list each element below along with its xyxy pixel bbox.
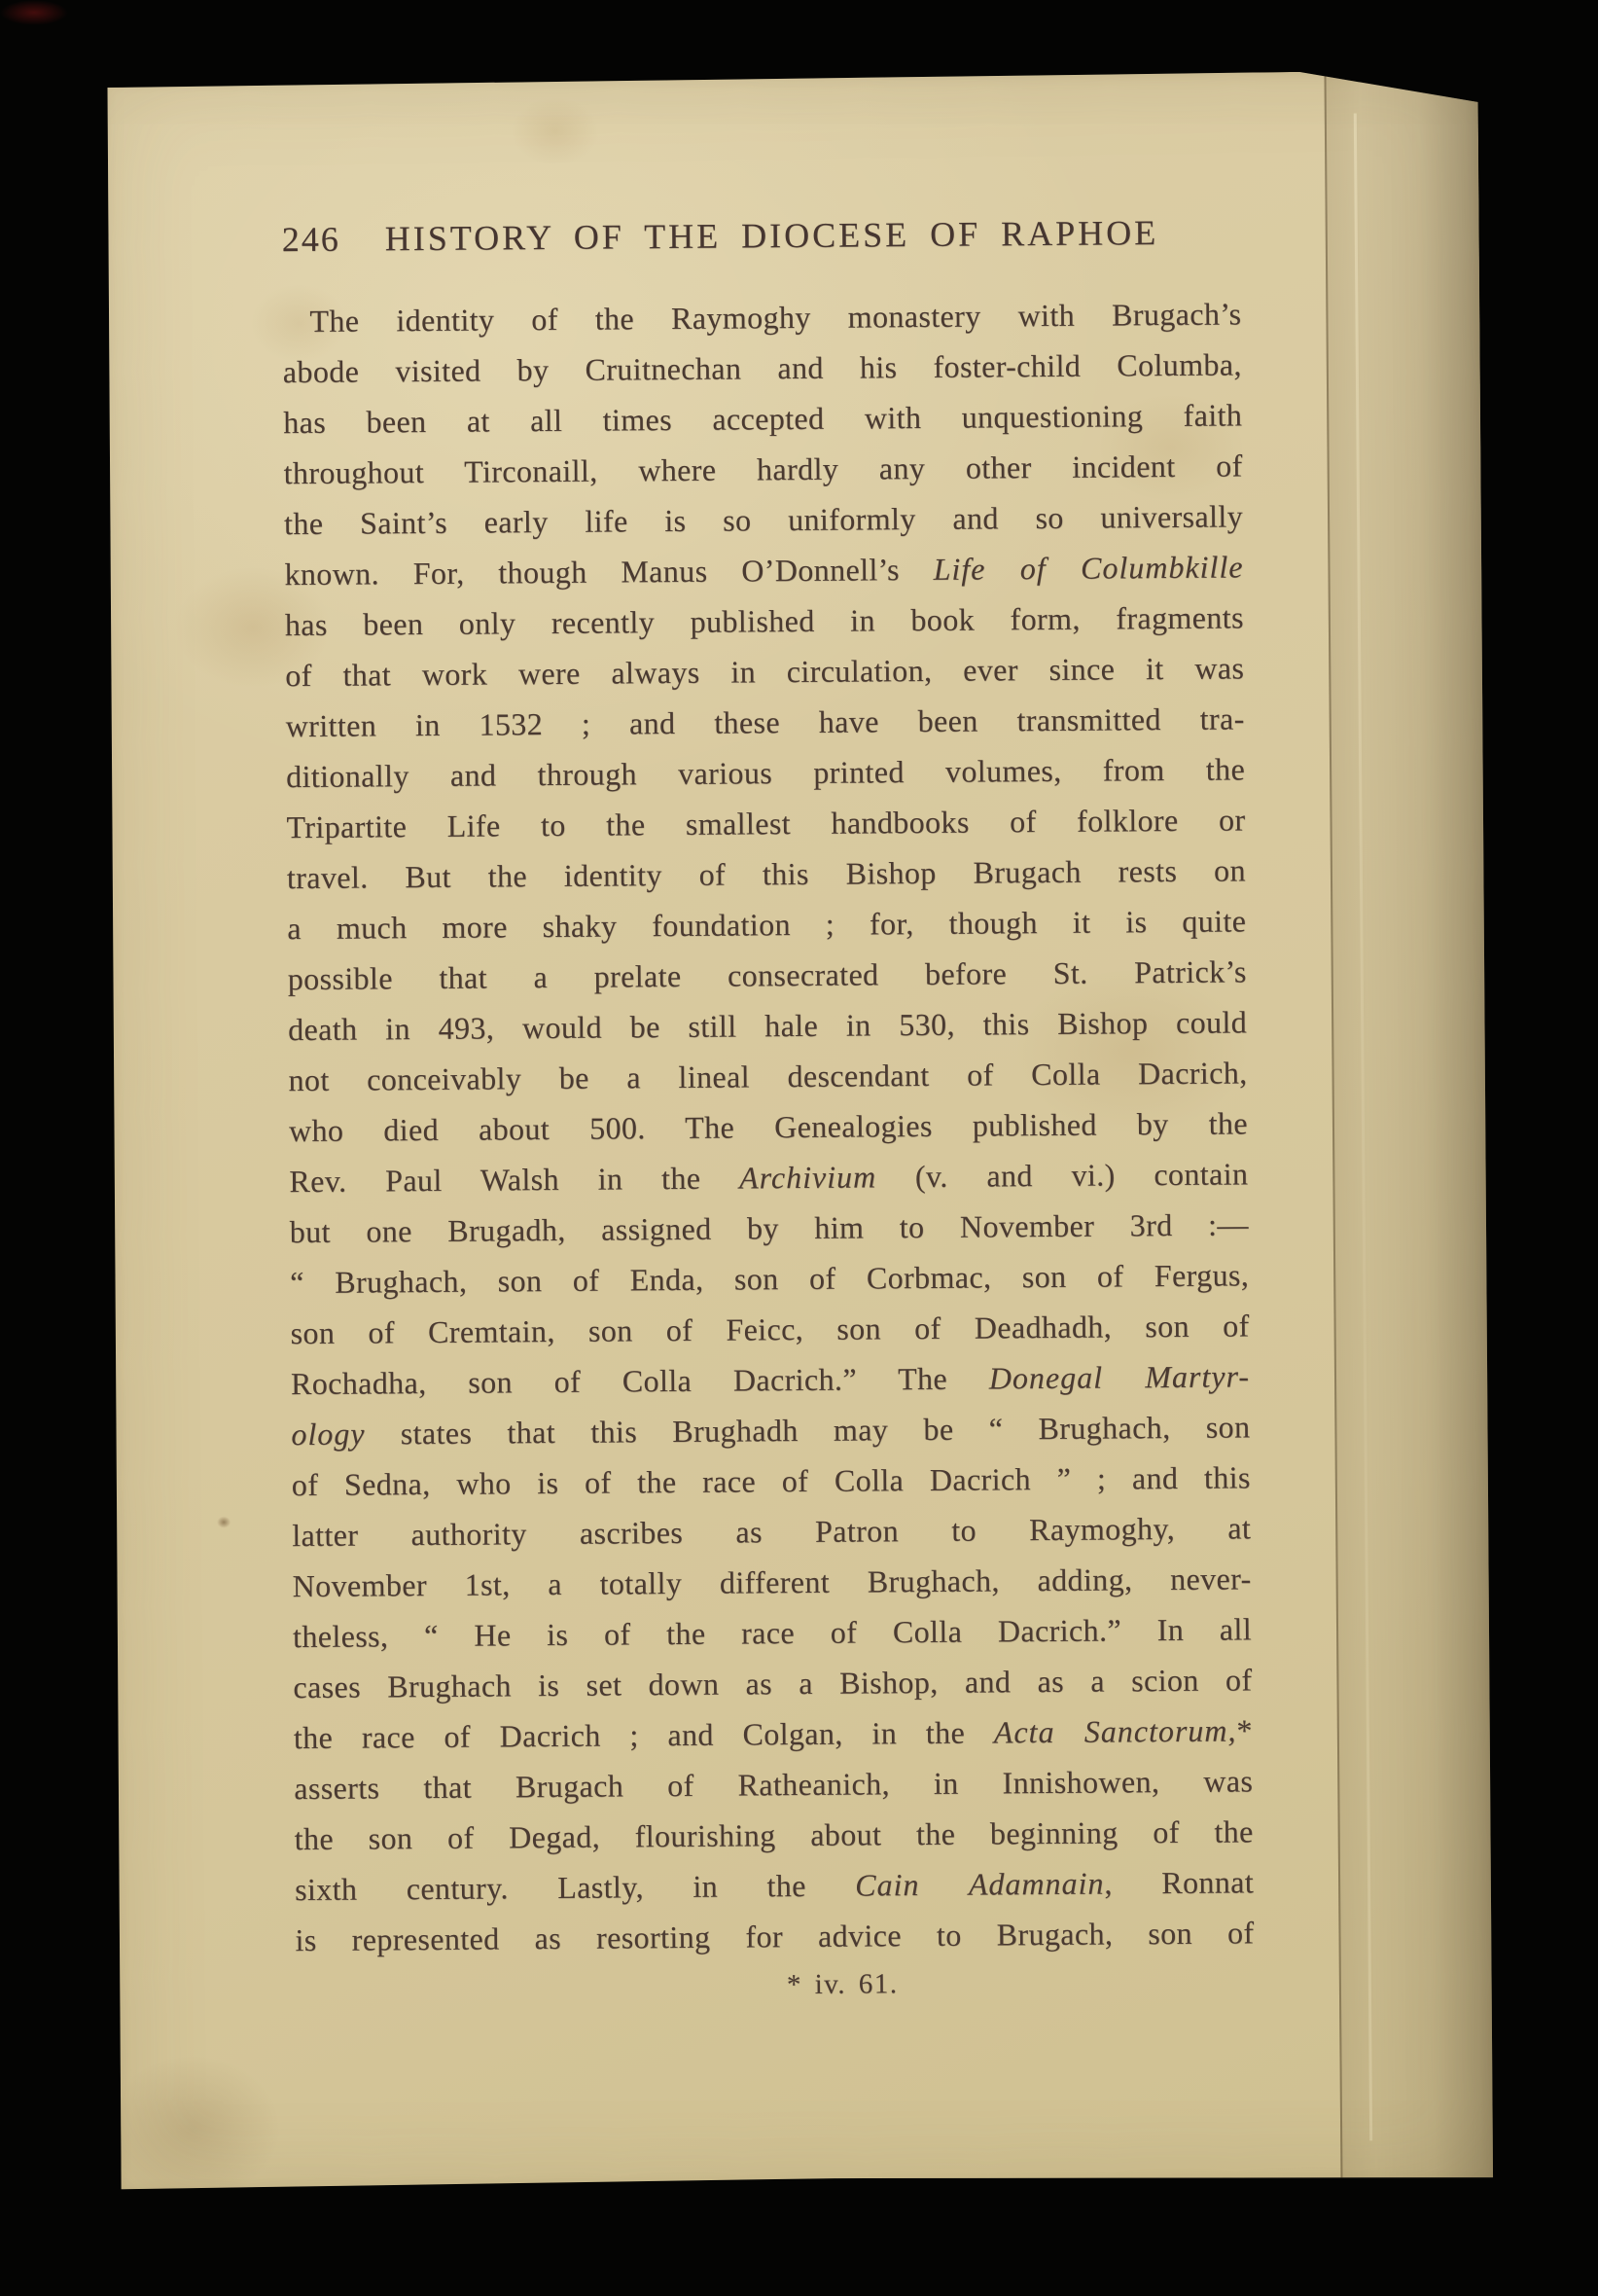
text-segment: the Saint’s early life is so uniformly a… bbox=[284, 498, 1243, 541]
text-segment: Tripartite Life to the smallest handbook… bbox=[286, 802, 1245, 844]
text-segment: the son of Degad, flourishing about the … bbox=[295, 1813, 1254, 1856]
text-segment: not conceivably be a lineal descendant o… bbox=[288, 1055, 1247, 1097]
text-segment: possible that a prelate consecrated befo… bbox=[288, 953, 1247, 996]
text-segment: “ Brughach, son of Enda, son of Corbmac,… bbox=[290, 1257, 1249, 1300]
text-segment: but one Brugadh, assigned by him to Nove… bbox=[290, 1206, 1249, 1249]
text-segment: throughout Tirconaill, where hardly any … bbox=[284, 448, 1243, 490]
text-line: but one Brugadh, assigned by him to Nove… bbox=[290, 1199, 1249, 1257]
scanned-book-photo: { "colors": { "paper": "#d8c99f", "ink":… bbox=[0, 0, 1598, 2296]
text-line: Tripartite Life to the smallest handbook… bbox=[286, 794, 1245, 852]
text-line: ology states that this Brughadh may be “… bbox=[291, 1401, 1250, 1459]
italic-text-segment: Acta Sanctorum, bbox=[994, 1712, 1237, 1749]
text-line: Rochadha, son of Colla Dacrich.” The Don… bbox=[291, 1350, 1250, 1409]
text-line: Rev. Paul Walsh in the Archivium (v. and… bbox=[289, 1148, 1248, 1206]
text-segment: of that work were always in circulation,… bbox=[285, 650, 1244, 693]
text-segment: has been only recently published in book… bbox=[285, 599, 1244, 642]
text-line: possible that a prelate consecrated befo… bbox=[288, 946, 1247, 1004]
paper-stain bbox=[104, 2055, 280, 2202]
text-line: throughout Tirconaill, where hardly any … bbox=[283, 440, 1242, 498]
text-line: the son of Degad, flourishing about the … bbox=[294, 1806, 1253, 1864]
book-page: 246 HISTORY OF THE DIOCESE OF RAPHOE The… bbox=[103, 70, 1495, 2192]
text-segment: Rev. Paul Walsh in the bbox=[289, 1160, 739, 1199]
text-line: November 1st, a totally different Brugha… bbox=[292, 1553, 1251, 1611]
text-segment: The identity of the Raymoghy monastery w… bbox=[309, 296, 1241, 339]
text-segment: (v. and vi.) contain bbox=[876, 1156, 1248, 1194]
text-segment: known. For, though Manus O’Donnell’s bbox=[284, 552, 933, 592]
text-line: ditionally and through various printed v… bbox=[286, 743, 1245, 802]
text-line: has been at all times accepted with unqu… bbox=[283, 389, 1242, 448]
paper-speck bbox=[217, 1517, 231, 1528]
text-line: written in 1532 ; and these have been tr… bbox=[286, 693, 1245, 751]
text-segment: states that this Brughadh may be “ Brugh… bbox=[365, 1409, 1250, 1451]
text-line: has been only recently published in book… bbox=[285, 592, 1244, 650]
text-segment: is represented as resorting for advice t… bbox=[295, 1915, 1254, 1957]
text-line: The identity of the Raymoghy monastery w… bbox=[282, 288, 1241, 346]
text-line: of that work were always in circulation,… bbox=[285, 642, 1244, 700]
paper-stain bbox=[512, 97, 600, 166]
text-segment: a much more shaky foundation ; for, thou… bbox=[287, 903, 1246, 946]
text-segment: who died about 500. The Genealogies publ… bbox=[289, 1105, 1248, 1148]
text-segment: theless, “ He is of the race of Colla Da… bbox=[293, 1611, 1252, 1654]
text-line: “ Brughach, son of Enda, son of Corbmac,… bbox=[290, 1249, 1249, 1308]
page-header: 246 HISTORY OF THE DIOCESE OF RAPHOE bbox=[282, 212, 1241, 259]
footnote: * iv. 61. bbox=[296, 1965, 1255, 2005]
italic-text-segment: ology bbox=[291, 1417, 365, 1453]
page-content: 246 HISTORY OF THE DIOCESE OF RAPHOE The… bbox=[282, 212, 1255, 2005]
text-line: who died about 500. The Genealogies publ… bbox=[289, 1097, 1248, 1156]
text-line: sixth century. Lastly, in the Cain Adamn… bbox=[295, 1856, 1254, 1915]
text-segment: November 1st, a totally different Brugha… bbox=[293, 1561, 1252, 1603]
text-segment: latter authority ascribes as Patron to R… bbox=[292, 1510, 1251, 1553]
text-segment: travel. But the identity of this Bishop … bbox=[287, 852, 1246, 895]
text-line: travel. But the identity of this Bishop … bbox=[287, 844, 1246, 903]
text-segment: has been at all times accepted with unqu… bbox=[283, 397, 1242, 440]
text-line: not conceivably be a lineal descendant o… bbox=[288, 1047, 1247, 1105]
text-line: son of Cremtain, son of Feicc, son of De… bbox=[290, 1300, 1249, 1358]
page-right-edge bbox=[1324, 70, 1494, 2182]
text-segment: asserts that Brugach of Ratheanich, in I… bbox=[294, 1763, 1253, 1806]
text-segment: ditionally and through various printed v… bbox=[286, 751, 1245, 794]
text-line: the race of Dacrich ; and Colgan, in the… bbox=[294, 1704, 1253, 1763]
text-segment: the race of Dacrich ; and Colgan, in the bbox=[294, 1714, 994, 1755]
text-line: latter authority ascribes as Patron to R… bbox=[292, 1502, 1251, 1561]
text-line: of Sedna, who is of the race of Colla Da… bbox=[292, 1452, 1251, 1510]
text-segment: son of Cremtain, son of Feicc, son of De… bbox=[290, 1308, 1249, 1350]
text-line: is represented as resorting for advice t… bbox=[295, 1907, 1254, 1965]
text-segment: Rochadha, son of Colla Dacrich.” The bbox=[291, 1360, 989, 1401]
text-segment: , Ronnat bbox=[1104, 1864, 1254, 1900]
text-line: asserts that Brugach of Ratheanich, in I… bbox=[294, 1755, 1253, 1813]
text-line: theless, “ He is of the race of Colla Da… bbox=[293, 1603, 1252, 1662]
text-segment: abode visited by Cruitnechan and his fos… bbox=[283, 346, 1242, 389]
body-text: The identity of the Raymoghy monastery w… bbox=[282, 288, 1254, 1965]
text-line: a much more shaky foundation ; for, thou… bbox=[287, 895, 1246, 953]
text-line: known. For, though Manus O’Donnell’s Lif… bbox=[284, 541, 1243, 599]
italic-text-segment: Donegal Martyr- bbox=[989, 1358, 1250, 1395]
italic-text-segment: Cain Adamnain bbox=[855, 1866, 1105, 1903]
running-title: HISTORY OF THE DIOCESE OF RAPHOE bbox=[385, 213, 1159, 258]
text-line: death in 493, would be still hale in 530… bbox=[288, 996, 1247, 1055]
text-segment: death in 493, would be still hale in 530… bbox=[288, 1004, 1247, 1047]
text-line: abode visited by Cruitnechan and his fos… bbox=[283, 339, 1242, 397]
text-line: the Saint’s early life is so uniformly a… bbox=[284, 490, 1243, 549]
italic-text-segment: Life of Columbkille bbox=[933, 549, 1243, 587]
text-line: cases Brughach is set down as a Bishop, … bbox=[293, 1654, 1252, 1712]
text-segment: of Sedna, who is of the race of Colla Da… bbox=[292, 1459, 1251, 1502]
italic-text-segment: Archivium bbox=[739, 1159, 876, 1195]
page-number: 246 bbox=[282, 220, 340, 259]
scan-border-smudge bbox=[0, 0, 68, 25]
text-segment: * bbox=[1236, 1712, 1253, 1747]
text-segment: cases Brughach is set down as a Bishop, … bbox=[293, 1662, 1252, 1704]
text-segment: written in 1532 ; and these have been tr… bbox=[286, 700, 1245, 743]
text-segment: sixth century. Lastly, in the bbox=[295, 1868, 855, 1908]
